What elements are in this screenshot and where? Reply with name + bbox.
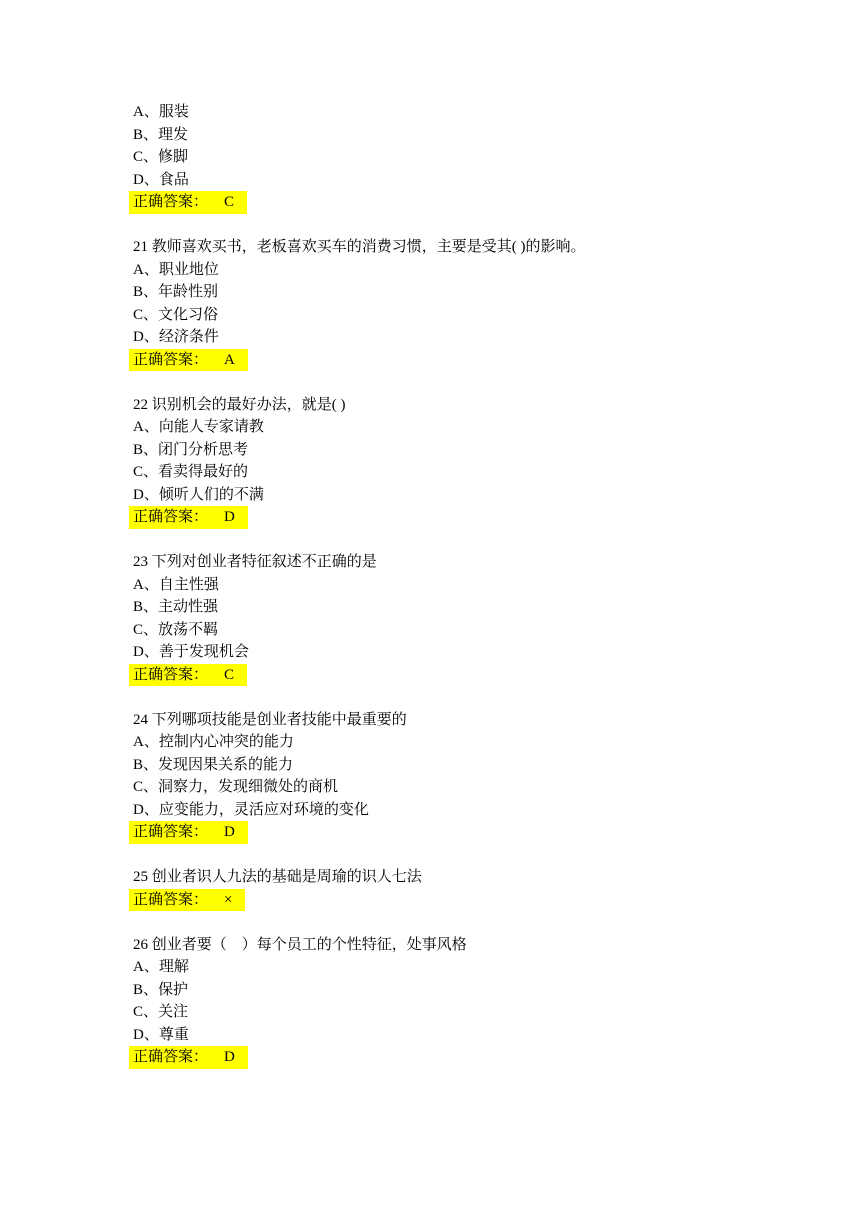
answer-value: C — [224, 191, 234, 214]
answer-value: D — [224, 1046, 235, 1069]
answer-label: 正确答案： — [133, 892, 208, 908]
answer-line: 正确答案：D — [133, 506, 800, 529]
option-c: C、文化习俗 — [133, 304, 800, 327]
answer-line: 正确答案：D — [133, 1046, 800, 1069]
option-b: B、闭门分析思考 — [133, 439, 800, 462]
quiz-document-page: A、服装 B、理发 C、修脚 D、食品 正确答案：C 21 教师喜欢买书，老板喜… — [0, 0, 860, 1216]
answer-highlight: 正确答案：D — [129, 1046, 248, 1069]
option-c: C、放荡不羁 — [133, 619, 800, 642]
option-d: D、尊重 — [133, 1024, 800, 1047]
question-block-21: 21 教师喜欢买书，老板喜欢买车的消费习惯，主要是受其( )的影响。 A、职业地… — [133, 236, 800, 371]
answer-label: 正确答案： — [133, 1049, 208, 1065]
option-b: B、保护 — [133, 979, 800, 1002]
option-b: B、发现因果关系的能力 — [133, 754, 800, 777]
question-block-26: 26 创业者要（ ）每个员工的个性特征，处事风格 A、理解 B、保护 C、关注 … — [133, 934, 800, 1069]
question-block-23: 23 下列对创业者特征叙述不正确的是 A、自主性强 B、主动性强 C、放荡不羁 … — [133, 551, 800, 686]
question-title: 22 识别机会的最好办法，就是( ) — [133, 394, 800, 417]
answer-value: C — [224, 664, 234, 687]
option-a: A、职业地位 — [133, 259, 800, 282]
question-title: 24 下列哪项技能是创业者技能中最重要的 — [133, 709, 800, 732]
question-block-20-continued: A、服装 B、理发 C、修脚 D、食品 正确答案：C — [133, 101, 800, 214]
answer-highlight: 正确答案：D — [129, 821, 248, 844]
option-d: D、应变能力，灵活应对环境的变化 — [133, 799, 800, 822]
question-title: 25 创业者识人九法的基础是周瑜的识人七法 — [133, 866, 800, 889]
answer-highlight: 正确答案：A — [129, 349, 248, 372]
question-title: 23 下列对创业者特征叙述不正确的是 — [133, 551, 800, 574]
option-b: B、主动性强 — [133, 596, 800, 619]
option-d: D、善于发现机会 — [133, 641, 800, 664]
answer-label: 正确答案： — [133, 509, 208, 525]
answer-line: 正确答案：D — [133, 821, 800, 844]
option-a: A、自主性强 — [133, 574, 800, 597]
option-a: A、理解 — [133, 956, 800, 979]
answer-line: 正确答案：A — [133, 349, 800, 372]
option-b: B、年龄性别 — [133, 281, 800, 304]
answer-label: 正确答案： — [133, 824, 208, 840]
option-a: A、控制内心冲突的能力 — [133, 731, 800, 754]
answer-highlight: 正确答案：C — [129, 191, 247, 214]
answer-line: 正确答案：C — [133, 191, 800, 214]
option-d: D、食品 — [133, 169, 800, 192]
answer-value: A — [224, 349, 235, 372]
answer-highlight: 正确答案：D — [129, 506, 248, 529]
answer-value: × — [224, 889, 232, 912]
answer-value: D — [224, 506, 235, 529]
answer-label: 正确答案： — [133, 667, 208, 683]
option-a: A、服装 — [133, 101, 800, 124]
question-title: 26 创业者要（ ）每个员工的个性特征，处事风格 — [133, 934, 800, 957]
answer-label: 正确答案： — [133, 352, 208, 368]
option-d: D、倾听人们的不满 — [133, 484, 800, 507]
question-block-22: 22 识别机会的最好办法，就是( ) A、向能人专家请教 B、闭门分析思考 C、… — [133, 394, 800, 529]
answer-highlight: 正确答案：C — [129, 664, 247, 687]
answer-line: 正确答案：× — [133, 889, 800, 912]
option-c: C、修脚 — [133, 146, 800, 169]
answer-value: D — [224, 821, 235, 844]
option-c: C、关注 — [133, 1001, 800, 1024]
option-c: C、看卖得最好的 — [133, 461, 800, 484]
option-b: B、理发 — [133, 124, 800, 147]
option-c: C、洞察力，发现细微处的商机 — [133, 776, 800, 799]
option-a: A、向能人专家请教 — [133, 416, 800, 439]
question-title: 21 教师喜欢买书，老板喜欢买车的消费习惯，主要是受其( )的影响。 — [133, 236, 800, 259]
answer-label: 正确答案： — [133, 194, 208, 210]
question-block-25: 25 创业者识人九法的基础是周瑜的识人七法 正确答案：× — [133, 866, 800, 911]
answer-line: 正确答案：C — [133, 664, 800, 687]
answer-highlight: 正确答案：× — [129, 889, 245, 912]
question-block-24: 24 下列哪项技能是创业者技能中最重要的 A、控制内心冲突的能力 B、发现因果关… — [133, 709, 800, 844]
option-d: D、经济条件 — [133, 326, 800, 349]
